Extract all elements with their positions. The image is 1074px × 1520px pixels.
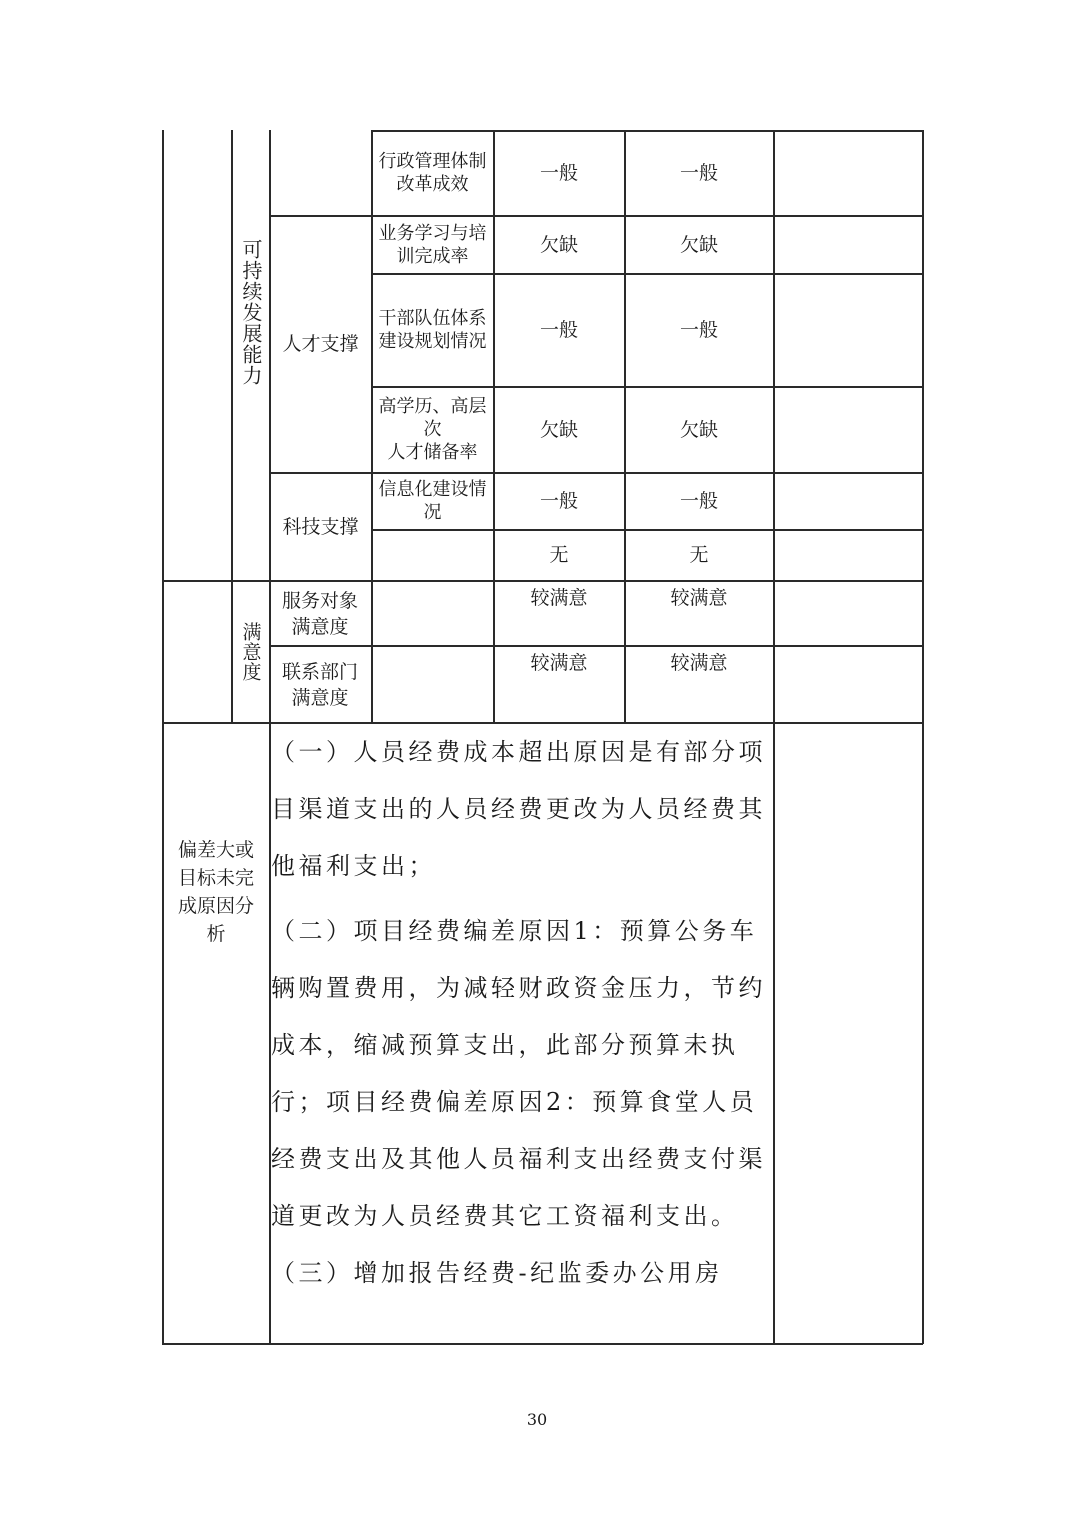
page-number: 30 — [0, 1410, 1074, 1429]
analysis-paragraph: （三）增加报告经费-纪监委办公用房 — [271, 1245, 773, 1302]
analysis-paragraph: （二）项目经费编差原因1：预算公务车辆购置费用，为减轻财政资金压力，节约成本，缩… — [271, 903, 773, 1245]
subcategory-tech: 科技支撑 — [270, 473, 371, 580]
table-border-bottom — [162, 1343, 923, 1345]
target-value: 一般 — [494, 274, 624, 386]
actual-value: 一般 — [625, 131, 773, 215]
indicator-talent-reserve: 高学历、高层次 人才储备率 — [372, 387, 493, 472]
subcategory-dept-satisfaction: 联系部门满意度 — [276, 650, 364, 720]
actual-value: 欠缺 — [625, 216, 773, 273]
target-value: 欠缺 — [494, 216, 624, 273]
table-border-left — [162, 130, 164, 1344]
category-label: 可持续发展能力 — [237, 239, 264, 386]
target-value: 无 — [494, 530, 624, 580]
indicator-empty — [372, 530, 493, 580]
table-border-right — [922, 130, 924, 1344]
target-value: 欠缺 — [494, 387, 624, 472]
actual-value: 一般 — [625, 473, 773, 529]
actual-value: 一般 — [625, 274, 773, 386]
indicator-cadre-system: 干部队伍体系 建设规划情况 — [372, 274, 493, 386]
category-sustainable-development: 可持续发展能力 — [232, 212, 269, 412]
target-value: 一般 — [494, 473, 624, 529]
subcategory-service-satisfaction: 服务对象满意度 — [276, 583, 364, 645]
target-value: 一般 — [494, 131, 624, 215]
actual-value: 无 — [625, 530, 773, 580]
actual-value: 欠缺 — [625, 387, 773, 472]
subcategory-talent: 人才支撑 — [270, 216, 371, 472]
analysis-text: （一）人员经费成本超出原因是有部分项目渠道支出的人员经费更改为人员经费其他福利支… — [271, 724, 773, 1302]
table-col-rule — [773, 130, 775, 1344]
actual-value: 较满意 — [625, 646, 773, 722]
indicator-it-construction: 信息化建设情况 — [374, 473, 491, 529]
target-value: 较满意 — [494, 646, 624, 722]
indicator-training-rate: 业务学习与培训完成率 — [372, 216, 493, 273]
document-page: 可持续发展能力 人才支撑 科技支撑 行政管理体制 改革成效 业务学习与培训完成率… — [0, 0, 1074, 1520]
category-satisfaction: 满意度 — [232, 581, 269, 722]
analysis-paragraph: （一）人员经费成本超出原因是有部分项目渠道支出的人员经费更改为人员经费其他福利支… — [271, 724, 773, 903]
indicator-admin-reform: 行政管理体制 改革成效 — [372, 131, 493, 215]
category-analysis: 偏差大或目标未完成原因分析 — [166, 836, 266, 948]
actual-value: 较满意 — [625, 581, 773, 645]
target-value: 较满意 — [494, 581, 624, 645]
